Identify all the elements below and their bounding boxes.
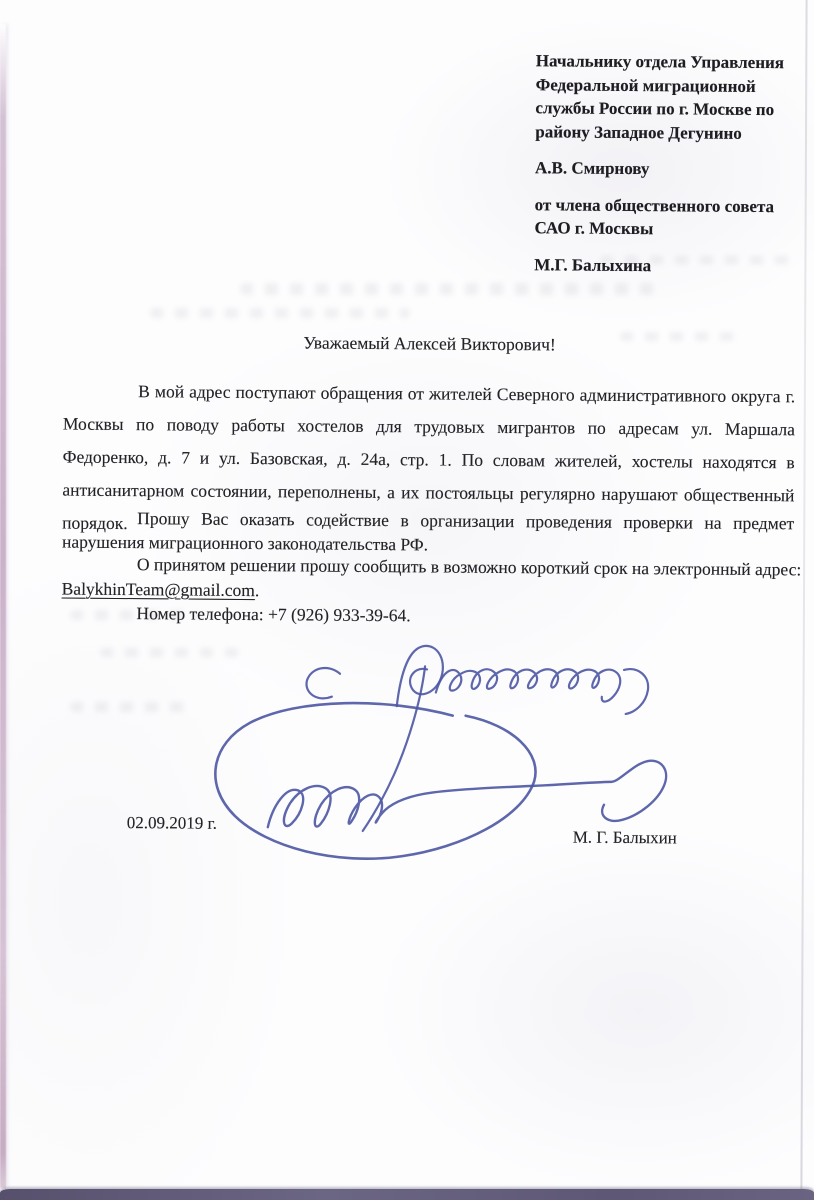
recipient-block: Начальнику отдела Управления Федеральной… <box>534 49 806 278</box>
recipient-org-line: Федеральной миграционной <box>536 73 806 99</box>
phone-line: Номер телефона: +7 (926) 933-39-64. <box>61 601 801 631</box>
email-address: BalykhinTeam@gmail.com <box>62 578 255 600</box>
photo-background-bottom-edge <box>0 1189 814 1200</box>
sender-from-line: от члена общественного совета <box>535 193 805 219</box>
paper-left-edge <box>0 24 6 1188</box>
sender-name-genitive: М.Г. Балыхина <box>534 253 804 279</box>
letter-content: Начальнику отдела Управления Федеральной… <box>0 0 814 1200</box>
recipient-org-line: району Западное Дегунино <box>535 120 805 146</box>
sender-from-line: САО г. Москвы <box>534 216 804 242</box>
recipient-addressee: А.В. Смирнову <box>535 156 805 182</box>
body-paragraph-3: О принятом решении прошу сообщить в возм… <box>61 552 802 631</box>
signer-name: М. Г. Балыхин <box>573 828 677 849</box>
email-punctuation: . <box>255 580 260 600</box>
salutation: Уважаемый Алексей Викторович! <box>64 331 796 358</box>
recipient-org-line: службы России по г. Москве по <box>535 96 805 122</box>
recipient-org-line: Начальнику отдела Управления <box>536 49 806 75</box>
letter-date: 02.09.2019 г. <box>127 813 217 834</box>
scanned-letter-page: Начальнику отдела Управления Федеральной… <box>0 0 814 1200</box>
